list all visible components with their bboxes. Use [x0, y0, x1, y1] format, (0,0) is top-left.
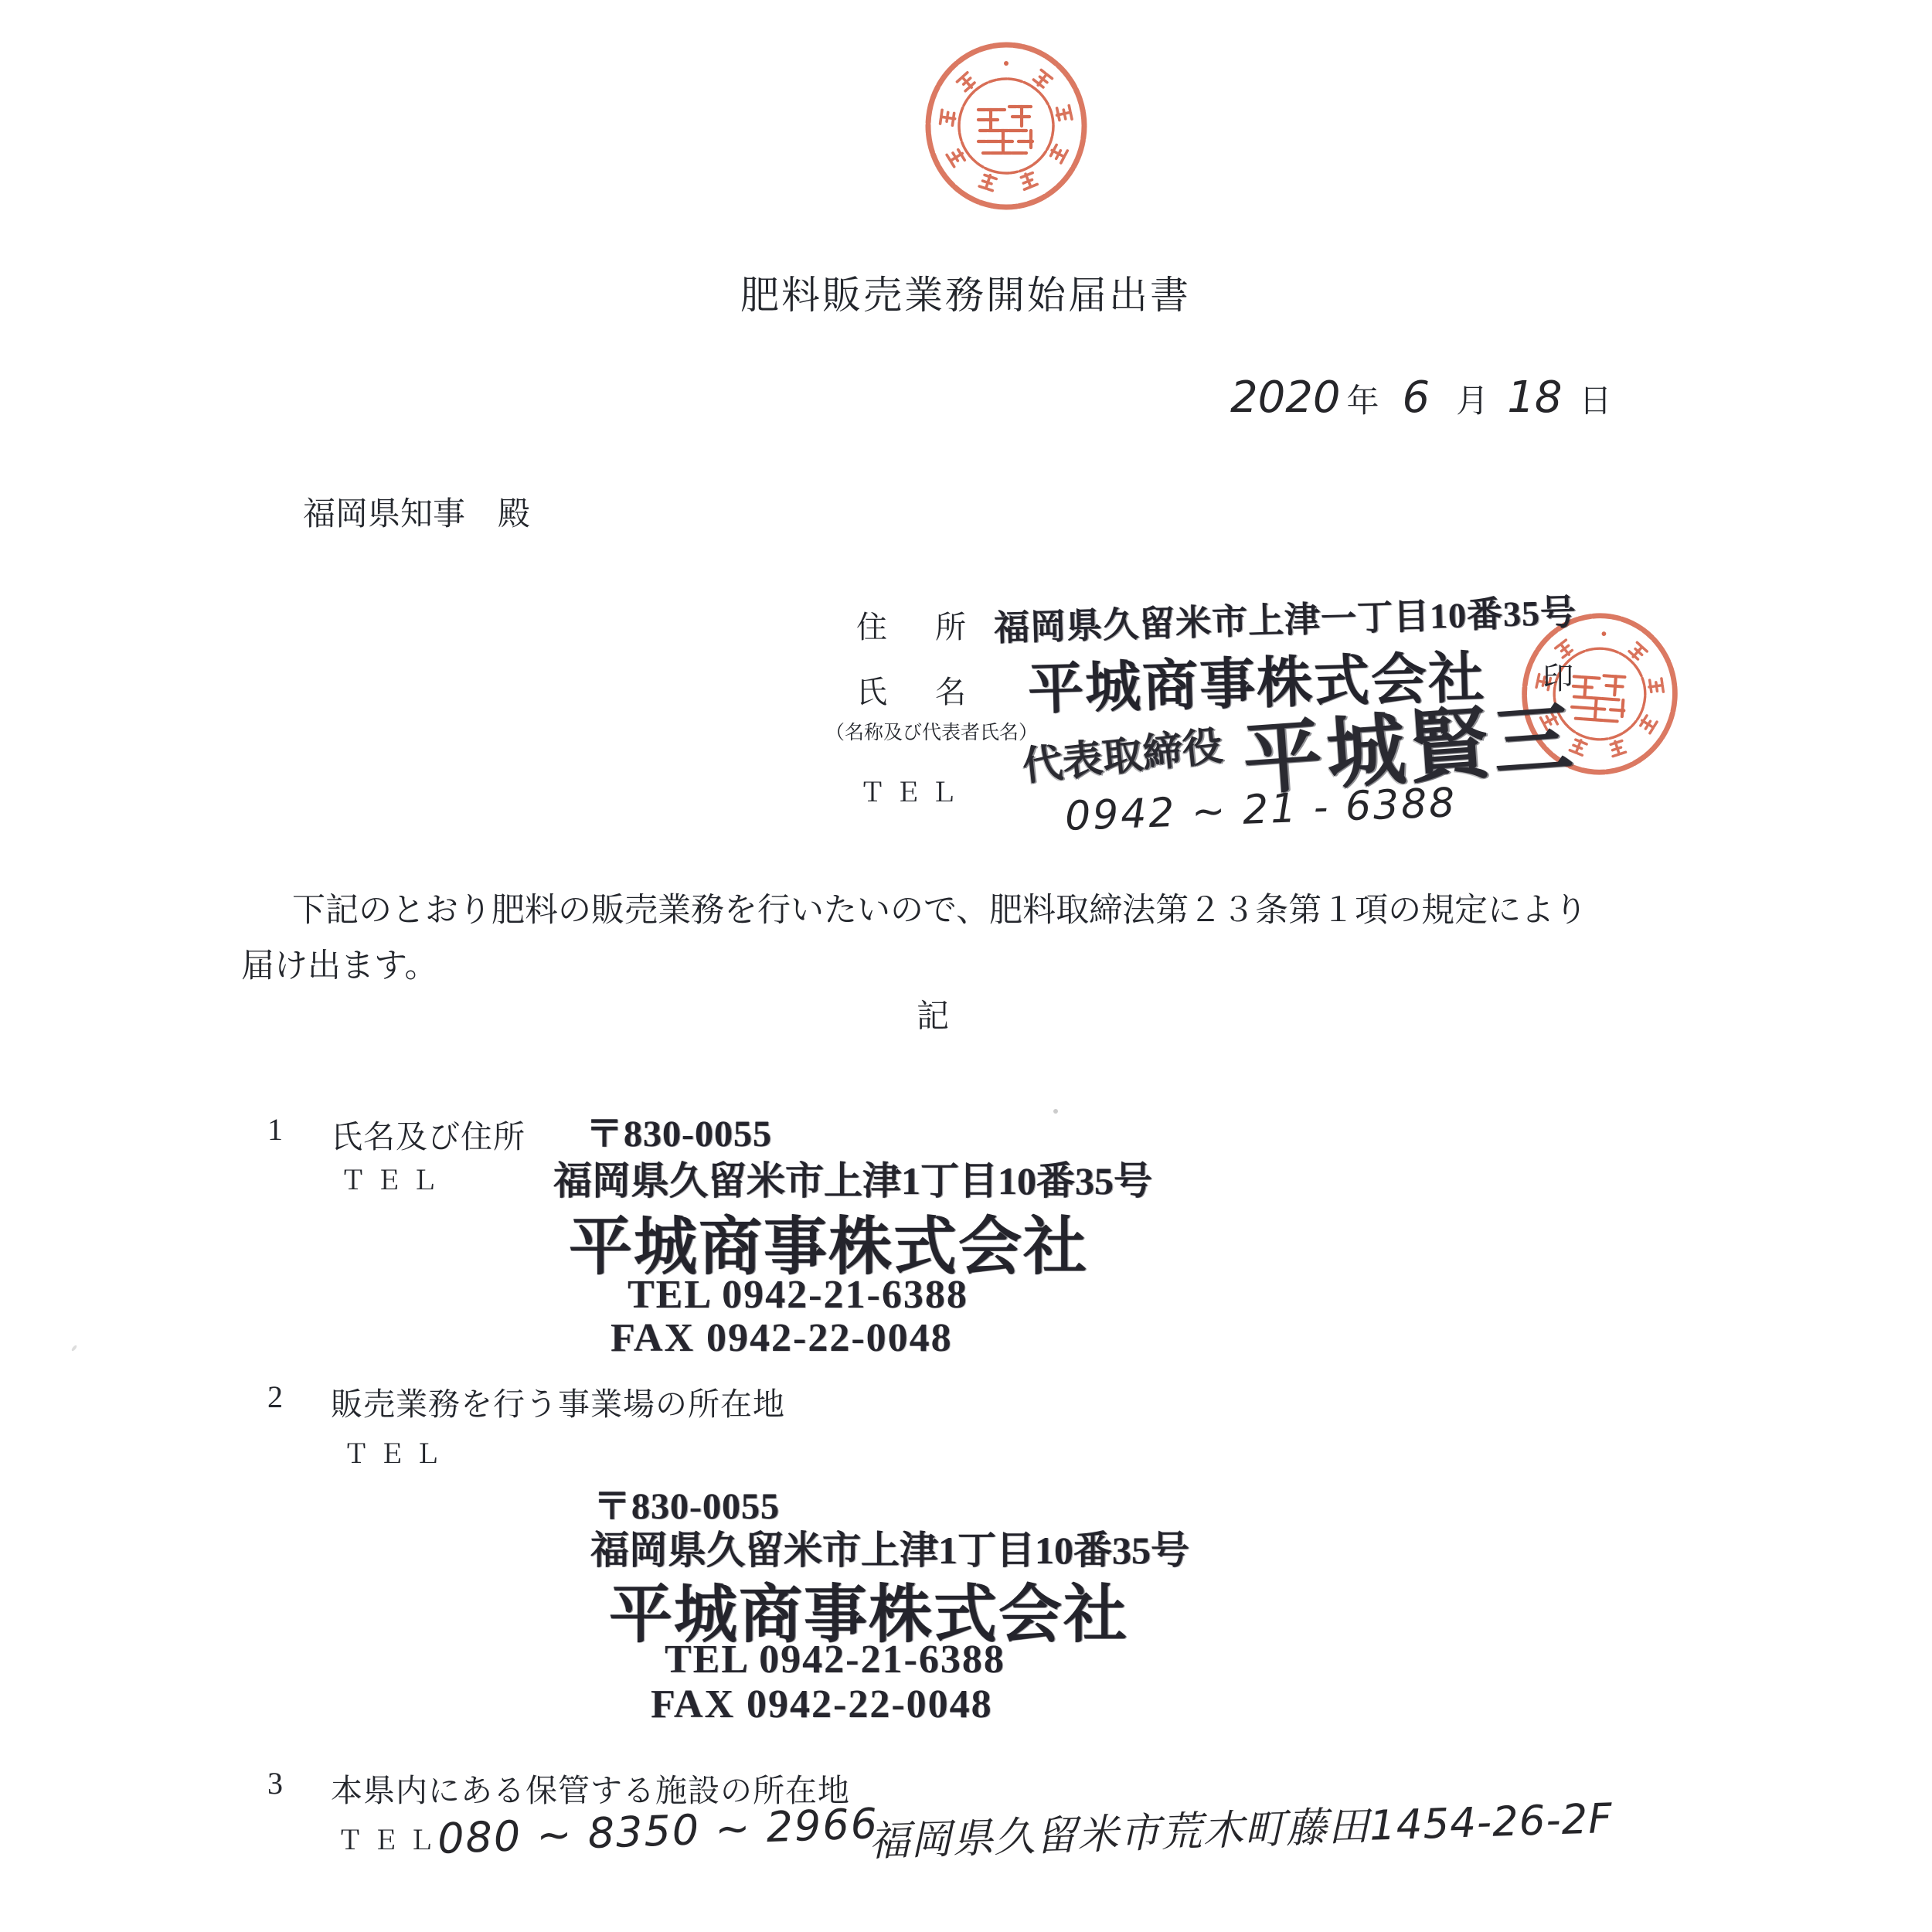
- section1-tel-stamp: TEL 0942-21-6388: [628, 1272, 968, 1318]
- applicant-tel-handwritten: 0942 ~ 21 - 6388: [1064, 780, 1458, 840]
- date-year-value: 2020: [1230, 372, 1341, 423]
- section3-tel-label: ＴＥＬ: [337, 1819, 444, 1857]
- section1-postal-stamp: 〒830-0055: [586, 1104, 772, 1157]
- applicant-name-sub-label: （名称及び代表者氏名）: [825, 717, 1038, 745]
- section1-number: 1: [267, 1111, 283, 1148]
- notice-heading: 記: [917, 991, 949, 1037]
- representative-title-stamp: 代表取締役: [1019, 713, 1225, 792]
- red-seal-icon: [923, 40, 1090, 212]
- section2-tel-stamp: TEL 0942-21-6388: [665, 1637, 1005, 1682]
- date-month-value: 6: [1403, 372, 1430, 423]
- scan-speck: [1053, 1109, 1058, 1114]
- body-paragraph-line2: 届け出ます。: [241, 940, 438, 987]
- section1-heading: 氏名及び住所: [331, 1111, 526, 1157]
- applicant-tel-label: ＴＥＬ: [859, 771, 966, 809]
- date-day-value: 18: [1507, 372, 1562, 423]
- section1-fax-stamp: FAX 0942-22-0048: [611, 1315, 953, 1361]
- section3-number: 3: [267, 1765, 283, 1801]
- scanned-document-page: 肥料販売業務開始届出書 2020年6月18日 福岡県知事 殿 住所 氏名 （名称…: [0, 0, 1932, 1932]
- section3-address-handwritten: 福岡県久留米市荒木町藤田1454-26-2F: [868, 1786, 1614, 1868]
- seal-placeholder-mark: 印: [1543, 654, 1573, 698]
- applicant-address-label: 住所: [856, 603, 1014, 647]
- date-year-label: 年: [1347, 384, 1379, 420]
- applicant-name-label: 氏名: [856, 668, 1014, 712]
- document-title: 肥料販売業務開始届出書: [740, 264, 1191, 320]
- date-month-label: 月: [1456, 384, 1488, 420]
- date-line: 2020年6月18日: [1230, 372, 1611, 423]
- section2-number: 2: [267, 1379, 283, 1415]
- scan-speck: [71, 1345, 78, 1352]
- section2-tel-label: ＴＥＬ: [343, 1433, 450, 1471]
- section2-fax-stamp: FAX 0942-22-0048: [651, 1682, 993, 1727]
- date-day-label: 日: [1579, 384, 1611, 420]
- addressee-line: 福岡県知事 殿: [303, 488, 530, 535]
- body-paragraph-line1: 下記のとおり肥料の販売業務を行いたいので、肥料取締法第２３条第１項の規定により: [292, 884, 1587, 931]
- section2-heading: 販売業務を行う事業場の所在地: [331, 1379, 785, 1424]
- section1-tel-label: ＴＥＬ: [340, 1159, 447, 1197]
